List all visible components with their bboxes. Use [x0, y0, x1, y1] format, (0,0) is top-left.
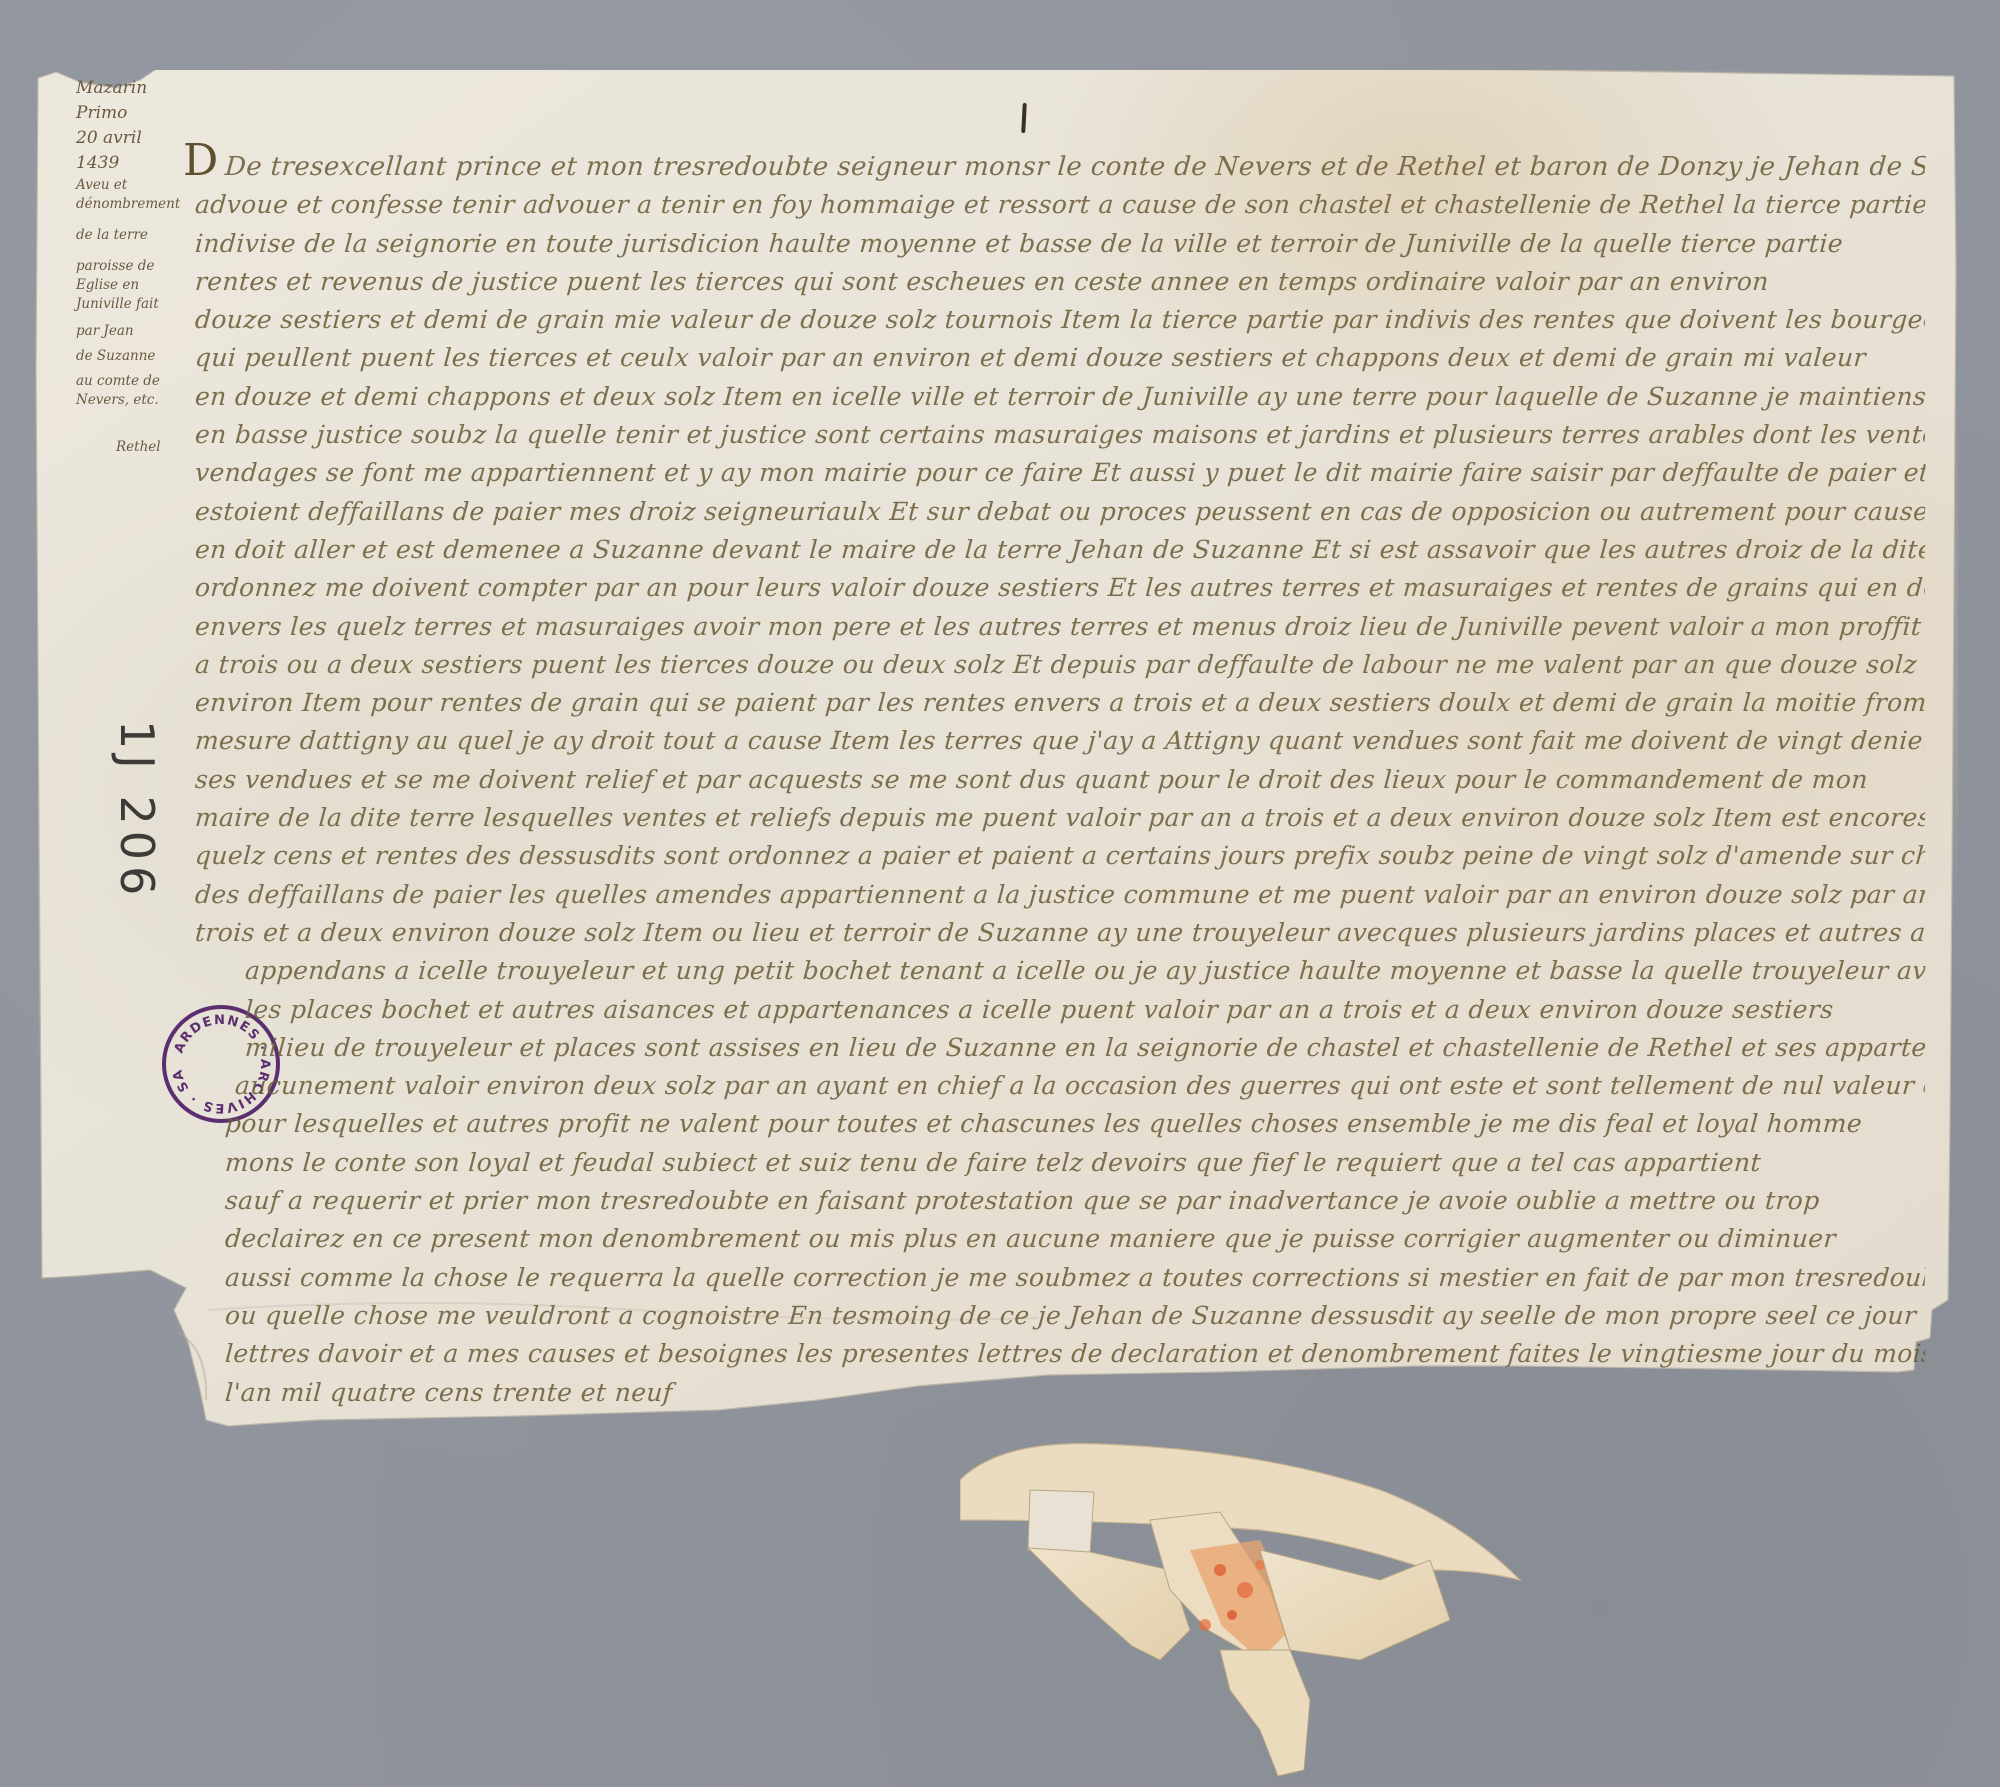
text-line: des deffaillans de paier les quelles ame…	[194, 876, 1927, 914]
text-line: aucunement valoir environ deux solz par …	[194, 1067, 1927, 1105]
text-line: mesure dattigny au quel je ay droit tout…	[194, 722, 1927, 760]
text-line: les places bochet et autres aisances et …	[194, 991, 1927, 1029]
text-line: maire de la dite terre lesquelles ventes…	[194, 799, 1927, 837]
text-line: sauf a requerir et prier mon tresredoubt…	[194, 1182, 1927, 1220]
text-line: pour lesquelles et autres profit ne vale…	[194, 1105, 1927, 1143]
margin-note-line: Primo	[76, 101, 206, 126]
seal-tag	[960, 1420, 1540, 1780]
margin-note-line: par Jean	[76, 322, 206, 341]
text-line: ses vendues et se me doivent relief et p…	[194, 761, 1927, 799]
margin-note-line: Eglise en	[76, 276, 206, 295]
text-line: qui peullent puent les tierces et ceulx …	[194, 339, 1927, 377]
text-line: mons le conte son loyal et feudal subiec…	[194, 1144, 1927, 1182]
text-line: declairez en ce present mon denombrement…	[194, 1220, 1927, 1258]
text-line: rentes et revenus de justice puent les t…	[194, 263, 1927, 301]
text-line: advoue et confesse tenir advouer a tenir…	[194, 186, 1927, 224]
text-line: De tresexcellant prince et mon tresredou…	[194, 148, 1927, 186]
margin-note-line: paroisse de	[76, 257, 206, 276]
text-line: douze sestiers et demi de grain mie vale…	[194, 301, 1927, 339]
text-line: estoient deffaillans de paier mes droiz …	[194, 493, 1927, 531]
text-line: en basse justice soubz la quelle tenir e…	[194, 416, 1927, 454]
margin-note-line: de la terre	[76, 226, 206, 245]
text-line: ou quelle chose me veuldront a cognoistr…	[194, 1297, 1927, 1335]
text-line: environ Item pour rentes de grain qui se…	[194, 684, 1927, 722]
margin-note-line: au comte de	[76, 372, 206, 391]
text-line: l'an mil quatre cens trente et neuf	[194, 1374, 727, 1412]
text-line: lettres davoir et a mes causes et besoig…	[194, 1335, 1927, 1373]
text-line: trois et a deux environ douze solz Item …	[194, 914, 1927, 952]
shelfmark-label: 1J 206	[104, 720, 164, 860]
text-line: quelz cens et rentes des dessusdits sont…	[194, 837, 1927, 875]
folded-seal-tag-illustration	[960, 1420, 1540, 1780]
margin-note-line: Mazarin	[76, 76, 206, 101]
text-line: envers les quelz terres et masuraiges av…	[194, 608, 1927, 646]
text-line: ordonnez me doivent compter par an pour …	[194, 569, 1927, 607]
margin-note-line	[76, 410, 206, 424]
text-line: aussi comme la chose le requerra la quel…	[194, 1259, 1927, 1297]
margin-note-line: Rethel	[76, 438, 206, 457]
margin-notes: Mazarin Primo 20 avril 1439 Aveu et déno…	[76, 76, 206, 457]
margin-note-line: de Suzanne	[76, 347, 206, 366]
text-line: en doit aller et est demenee a Suzanne d…	[194, 531, 1927, 569]
margin-note-line: dénombrement	[76, 195, 206, 214]
text-line: milieu de trouyeleur et places sont assi…	[194, 1029, 1927, 1067]
margin-note-line: Nevers, etc.	[76, 391, 206, 410]
text-line: en douze et demi chappons et deux solz I…	[194, 378, 1927, 416]
margin-note-line: Juniville fait	[76, 295, 206, 314]
text-line: indivise de la seignorie en toute jurisd…	[194, 225, 1927, 263]
text-line: vendages se font me appartiennent et y a…	[194, 454, 1927, 492]
charter-text: De tresexcellant prince et mon tresredou…	[195, 148, 1925, 1412]
text-line: a trois ou a deux sestiers puent les tie…	[194, 646, 1927, 684]
text-line: appendans a icelle trouyeleur et ung pet…	[194, 952, 1927, 990]
